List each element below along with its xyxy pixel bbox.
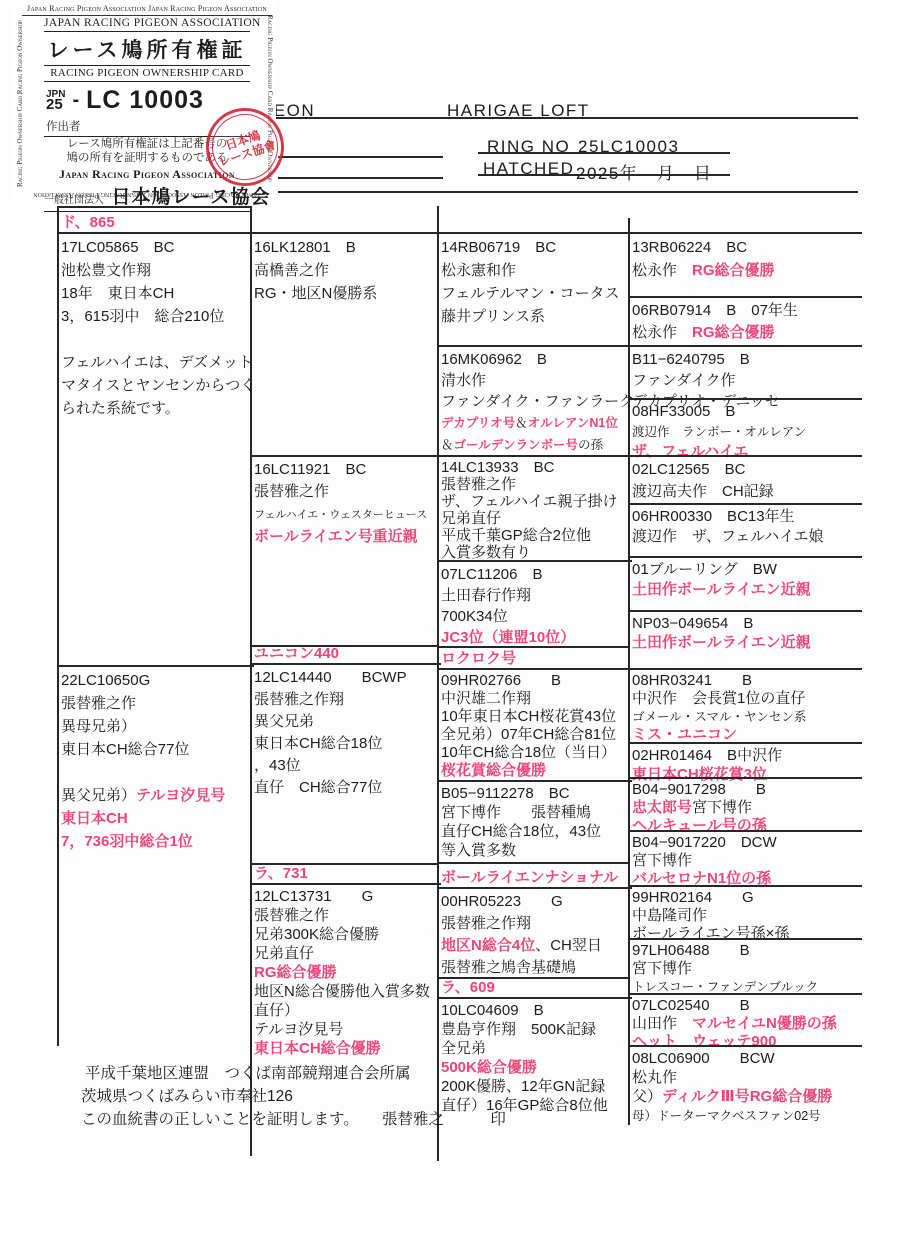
pedigree-cell-g1-dam: 22LC10650G張替雅之作異母兄弟）東日本CH総合77位 異父兄弟）テルヨ汐… [57,665,254,853]
pedigree-cell-g4-12: B04−9017220 DCW宮下博作バルセロナN1位の孫 [628,830,862,888]
pigeon-name-label: ユニコン440 [250,645,339,662]
pedigree-cell-g4-13: 99HR02164 G中島隆司作ボールライエン号孫×孫 [628,885,862,943]
pedigree-text: ＆ [515,416,528,430]
pedigree-text: 直仔） [254,1002,299,1019]
ring-no-label: RING NO [487,137,570,157]
pedigree-cell-g2-3: 12LC14440 BCWP張替雅之作翔異父兄弟東日本CH総合18位，43位直仔… [250,663,441,799]
pedigree-text: 地区N総合優勝他入賞多数 [254,983,430,1000]
pedigree-text: 宮下博作 [692,799,752,816]
pedigree-text: JC3位（連盟10位） [441,629,575,646]
pedigree-cell-g2-2: 16LC11921 BC張替雅之作フェルハイエ・ウェスターヒュースボールライエン… [250,455,441,548]
pedigree-cell-g3-3: 14LC13933 BC張替雅之作ザ、フェルハイエ親子掛け兄弟直仔平成千葉GP総… [437,455,632,561]
pedigree-text: 中島隆司作 [632,907,707,924]
pedigree-text: 14LC13933 BC [441,459,554,476]
pedigree-cell-g4-7: 01ブルーリング BW土田作ボールライエン近親 [628,556,862,600]
pedigree-text: 高橋善之作 [254,262,329,279]
pedigree-cell-g3-1: 14RB06719 BC松永憲和作フェルテルマン・コータス藤井プリンス系 [437,232,632,328]
pedigree-cell-g4-9: 08HR03241 B中沢作 会長賞1位の直仔ゴメール・スマル・ヤンセン系ミス・… [628,668,862,744]
pedigree-text: フェルハイエは、デズメット [61,354,253,371]
pedigree-cell-g2-1: 16LK12801 B高橋善之作RG・地区N優勝系 [250,232,441,305]
country-year: JPN 25 [46,90,65,112]
pedigree-text: 99HR02164 G [632,889,754,906]
pedigree-text: 宮下博作 [632,852,692,869]
pedigree-cell-g1-sire: 17LC05865 BC池松豊文作翔18年 東日本CH3，615羽中 総合210… [57,232,254,420]
pedigree-text: デカプリオ号 [441,416,515,430]
pedigree-cell-g3-6: B05−9112278 BC宮下博作 張替種鳩直仔CH総合18位，43位等入賞多… [437,780,632,860]
pedigree-text: 渡辺作 ザ、フェルハイエ娘 [632,528,824,545]
pedigree-text: ミス・ユニコン [632,726,737,743]
pedigree-text: 張替雅之作翔 [441,915,531,932]
pedigree-text: 張替雅之作翔 [254,691,344,708]
pedigree-text: 直仔 CH総合77位 [254,779,382,796]
pedigree-text: 張替雅之鳩舎基礎鳩 [441,959,576,976]
pedigree-text: 張替雅之作 [254,907,329,924]
pedigree-text: NP03−049654 B [632,615,753,632]
card-border-text-left: Racing Pigeon Ownership Card Racing Pige… [15,15,26,187]
pedigree-cell-g4-2: 06RB07914 B 07年生松永作 RG総合優勝 [628,296,862,344]
certification-line1: 平成千葉地区連盟 つくば南部競翔連合会所属 [81,1062,506,1085]
pedigree-text: RG総合優勝 [692,262,775,279]
pedigree-text: 10年東日本CH桜花賞43位 [441,708,616,725]
seal-placeholder: 印 [490,1111,506,1128]
pedigree-text: 中沢作 会長賞1位の直仔 [632,690,805,707]
pedigree-text: ＆ [441,438,454,452]
rule-line [437,206,439,1161]
rule-line [478,152,730,154]
pedigree-text: 異父兄弟） [61,787,136,804]
pedigree-text: マタイスとヤンセンからつく [61,377,255,394]
card-border-text-top: Japan Racing Pigeon Association Japan Ra… [22,4,272,16]
pedigree-text: 宮下博作 [632,960,692,977]
ring-no-value: 25LC10003 [578,137,679,157]
pedigree-text: 兄弟直仔 [254,945,314,962]
pedigree-text: RG総合優勝 [692,324,775,341]
pedigree-text: 等入賞多数 [441,842,516,859]
pedigree-text: 12LC14440 BCWP [254,669,407,686]
pedigree-text: 13RB06224 BC [632,239,747,256]
pedigree-cell-g4-15: 07LC02540 B山田作 マルセイユN優勝の孫ヘット ウェッテ900 [628,993,862,1051]
pedigree-text: テルヨ汐見号 [254,1021,343,1038]
pedigree-text: RG・地区N優勝系 [254,285,377,302]
ring-number-block: JPN 25 - LC 10003 [44,82,250,117]
pedigree-text: フェルハイエ・ウェスターヒュース [254,509,427,521]
pedigree-text: 07LC02540 B [632,997,750,1014]
rule-line [250,206,252,1156]
pedigree-text: 土田作ボールライエン近親 [632,581,811,598]
certification-line3: この血統書の正しいことを証明します。 張替雅之 印 [81,1108,506,1131]
card-subtitle-en: RACING PIGEON OWNERSHIP CARD [44,65,250,82]
pedigree-cell-g4-5: 02LC12565 BC渡辺高夫作 CH記録 [628,455,862,503]
pedigree-text: 直仔CH総合18位，43位 [441,823,601,840]
pedigree-text: オルレアンN1位 [528,416,618,430]
rule-line [437,862,628,864]
card-content: JAPAN RACING PIGEON ASSOCIATION レース鳩所有権証… [44,16,250,212]
pigeon-name-label: ボールライエンナショナル [437,869,618,886]
pedigree-text: 14RB06719 BC [441,239,556,256]
rule-line [437,646,628,648]
org-name-jp: 日本鳩レース協会 [111,187,270,208]
pedigree-text: 08HR03241 B [632,672,752,689]
pedigree-text: 平成千葉GP総合2位他 [441,527,591,544]
pedigree-text: 松丸作 [632,1069,677,1086]
ring-year: 25 [46,96,63,113]
pedigree-text: 02LC12565 BC [632,461,745,478]
pedigree-text: 97LH06488 B [632,942,750,959]
pedigree-text: 清水作 [441,372,486,389]
pedigree-text: 16LC11921 BC [254,461,366,478]
pigeon-name-label: ラ、609 [437,979,495,996]
rule-line [478,174,730,176]
pedigree-text: B04−9017298 B [632,781,766,798]
pigeon-name-label: ロクロク号 [437,650,516,667]
pedigree-text: 16MK06962 B [441,351,547,368]
pedigree-text: 忠太郎号 [632,799,692,816]
pedigree-cell-g4-16: 08LC06900 BCW松丸作父）ディルクⅢ号RG総合優勝母）ドーターマクベス… [628,1045,862,1126]
rule-line [265,117,858,119]
rule-line [628,218,630,1125]
pedigree-text: 地区N総合4位 [441,937,535,954]
pedigree-text: 08LC06900 BCW [632,1050,775,1067]
pedigree-text: 藤井プリンス系 [441,308,545,325]
pedigree-text: 7，736羽中総合1位 [61,833,193,850]
pedigree-text: 父） [632,1088,662,1105]
ring-dash: - [72,89,79,112]
pedigree-text: 18年 東日本CH [61,285,174,302]
pedigree-text: 豊島亨作翔 500K記録 [441,1021,596,1038]
pedigree-text: 宮下博作 張替種鳩 [441,804,591,821]
rule-line [278,191,858,193]
pigeon-name-label: ド、865 [57,214,115,231]
pedigree-text: B05−9112278 BC [441,785,570,802]
pedigree-text: 東日本CH総合18位 [254,735,382,752]
pedigree-text: B04−9017220 DCW [632,834,777,851]
pedigree-text: 土田作ボールライエン近親 [632,634,811,651]
pedigree-text: 17LC05865 BC [61,239,174,256]
rule-line [250,863,437,865]
pedigree-text: 兄弟300K総合優勝 [254,926,379,943]
pedigree-text: ファンダイク・ファンラーク [441,393,634,410]
ring-series-number: LC 10003 [86,86,204,115]
pedigree-cell-g4-4: 08HF33005 B渡辺作 ランボー・オルレアンザ、フェルハイエ [628,398,862,462]
pedigree-cell-g3-2: 16MK06962 B清水作ファンダイク・ファンラークデカプリオ号＆オルレアンN… [437,345,632,456]
association-name-en: JAPAN RACING PIGEON ASSOCIATION [44,16,250,32]
pedigree-text: 全兄弟 [441,1040,486,1057]
pedigree-cell-g4-1: 13RB06224 BC松永作 RG総合優勝 [628,232,862,282]
organization-name: 一般社団法人 日本鳩レース協会 [44,182,250,212]
pedigree-text: 10LC04609 B [441,1002,544,1019]
pedigree-text: 02HR01464 B中沢作 [632,747,782,764]
org-legal-prefix: 一般社団法人 [44,195,104,206]
certification-statement: この血統書の正しいことを証明します。 張替雅之 [81,1111,444,1128]
pedigree-text: 、CH翌日 [535,937,602,954]
pedigree-cell-g4-11: B04−9017298 B忠太郎号宮下博作ヘルキュール号の孫 [628,777,862,835]
pedigree-text: 松永憲和作 [441,262,516,279]
pedigree-cell-g4-8: NP03−049654 B土田作ボールライエン近親 [628,610,862,652]
pedigree-text: ザ、フェルハイエ親子掛け [441,493,618,510]
pedigree-text: トレスコー・ファンデンブルック [632,980,818,994]
pedigree-text: 渡辺作 ランボー・オルレアン [632,425,806,439]
pedigree-text: 張替雅之作 [61,695,136,712]
pedigree-text: 16LK12801 B [254,239,356,256]
pedigree-text: 01ブルーリング BW [632,561,777,578]
pedigree-text: ゴメール・スマル・ヤンセン系 [632,710,806,724]
rule-line [250,645,437,647]
pedigree-text: 700K34位 [441,608,508,625]
pedigree-text: ファンダイク作 [632,372,736,389]
pedigree-text: 土田春行作翔 [441,587,531,604]
rule-line [278,177,443,179]
pedigree-text: 母）ドーターマクベスファン02号 [632,1109,821,1123]
pigeon-name-label: ラ、731 [250,865,308,882]
pedigree-text: 東日本CH総合77位 [61,741,189,758]
pedigree-text: 松永作 [632,324,692,341]
pedigree-cell-g4-6: 06HR00330 BC13年生渡辺作 ザ、フェルハイエ娘 [628,503,862,547]
pedigree-text: 09HR02766 B [441,672,561,689]
pedigree-text: 全兄弟）07年CH総合81位 [441,726,616,743]
rule-line [278,156,443,158]
pedigree-text: 東日本CH総合優勝 [254,1040,381,1057]
pedigree-text: 異母兄弟） [61,718,136,735]
pedigree-text: られた系統です。 [61,400,180,417]
pedigree-text: 10年CH総合18位（当日） [441,744,616,761]
pedigree-text: ボールライエン号重近親 [254,528,418,545]
pedigree-text: フェルテルマン・コータス [441,285,620,302]
pedigree-text: 00HR05223 G [441,893,563,910]
pedigree-text: 張替雅之作 [254,483,329,500]
card-title-jp: レース鳩所有権証 [44,32,250,65]
pedigree-text: 12LC13731 G [254,888,373,905]
pedigree-text: 06HR00330 BC13年生 [632,508,795,525]
pedigree-cell-g3-4: 07LC11206 B土田春行作翔700K34位JC3位（連盟10位） [437,560,632,648]
pedigree-text: 桜花賞総合優勝 [441,762,546,779]
ownership-card: Japan Racing Pigeon Association Japan Ra… [14,2,276,200]
hatched-label: HATCHED [483,159,574,179]
pedigree-cell-g3-5: 09HR02766 B中沢雄二作翔10年東日本CH桜花賞43位全兄弟）07年CH… [437,668,632,780]
pedigree-text: 東日本CH [61,810,128,827]
pedigree-text: テルヨ汐見号 [136,787,225,804]
pedigree-text: 06RB07914 B 07年生 [632,302,798,319]
pedigree-text: 3，615羽中 総合210位 [61,308,224,325]
pedigree-text: の孫 [578,438,603,452]
pedigree-text: 22LC10650G [61,672,150,689]
pedigree-text: 異父兄弟 [254,713,314,730]
pedigree-text: ゴールデンランボー号 [454,438,579,452]
pedigree-text: 08HF33005 B [632,403,735,420]
pedigree-text: 中沢雄二作翔 [441,690,531,707]
pedigree-text: 池松豊文作翔 [61,262,151,279]
rule-line [437,977,628,979]
pedigree-cell-g3-7: 00HR05223 G張替雅之作翔地区N総合4位、CH翌日張替雅之鳩舎基礎鳩 [437,887,632,979]
pedigree-text: RG総合優勝 [254,964,337,981]
pedigree-cell-g2-4: 12LC13731 G張替雅之作兄弟300K総合優勝兄弟直仔RG総合優勝地区N総… [250,883,441,1058]
pedigree-text: 松永作 [632,262,692,279]
pedigree-text: 山田作 [632,1015,692,1032]
pedigree-text: ディルクⅢ号RG総合優勝 [662,1088,832,1105]
hatched-value: 2025年 月 日 [576,159,712,184]
pedigree-text: 入賞多数有り [441,544,531,561]
certification-block: 平成千葉地区連盟 つくば南部競翔連合会所属 茨城県つくばみらい市奉社126 この… [81,1062,506,1131]
pedigree-text: 07LC11206 B [441,566,542,583]
pedigree-certificate-page: PIGEON HARIGAE LOFT RING NO 25LC10003 HA… [0,0,900,1240]
pedigree-text: B11−6240795 B [632,351,750,368]
pedigree-cell-g4-14: 97LH06488 B宮下博作トレスコー・ファンデンブルック [628,938,862,996]
pedigree-text: ，43位 [254,757,301,774]
pedigree-text: 渡辺高夫作 CH記録 [632,483,774,500]
rule-line [57,206,59,1046]
pedigree-text: マルセイユN優勝の孫 [692,1015,837,1032]
pedigree-text: 張替雅之作 [441,476,516,493]
pedigree-text: 兄弟直仔 [441,510,501,527]
certification-line2: 茨城県つくばみらい市奉社126 [81,1085,506,1108]
